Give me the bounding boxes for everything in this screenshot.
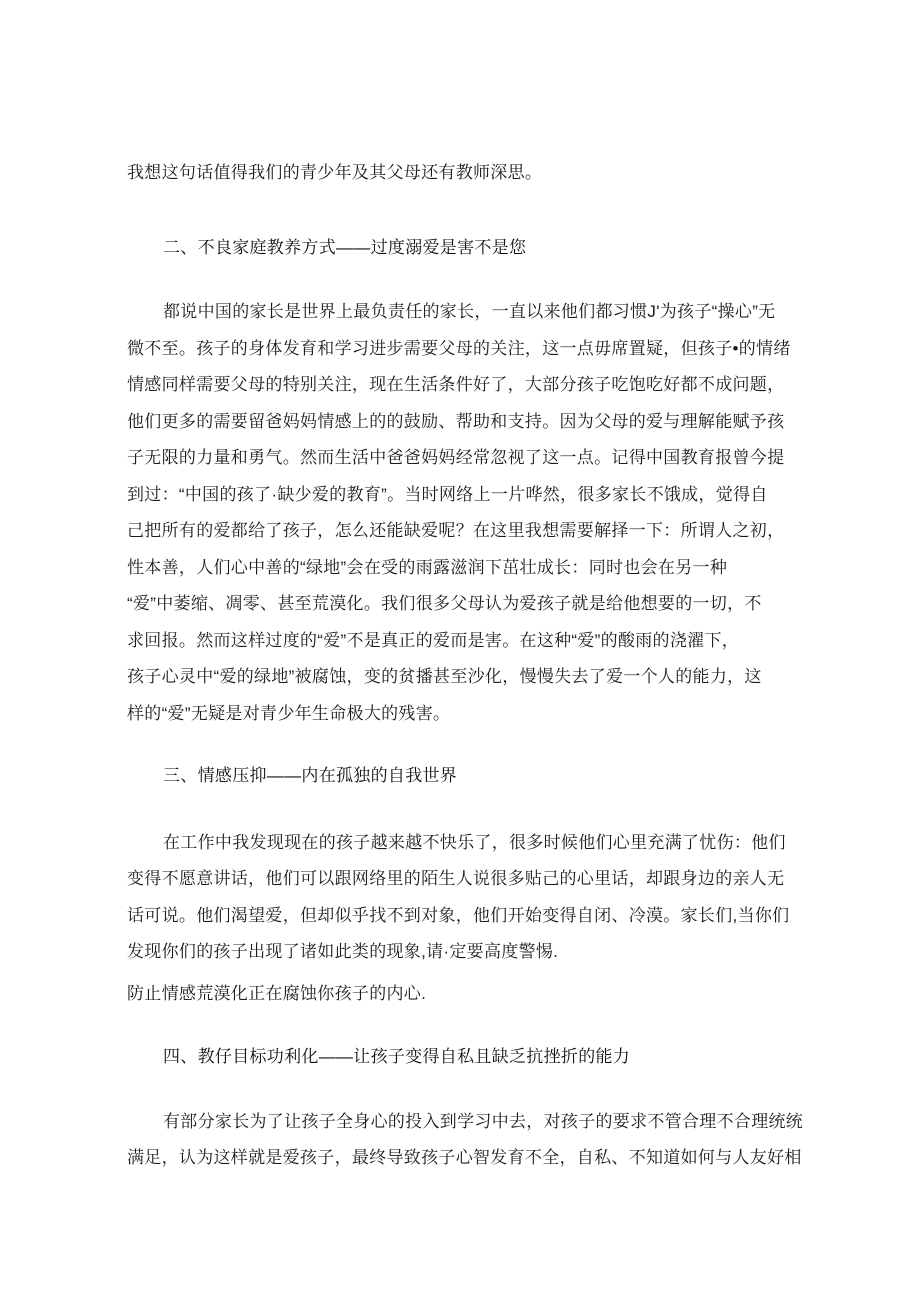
text-line: 在工作中我发现现在的孩子越来越不快乐了，很多时候他们心里充满了忧伤：他们: [127, 825, 807, 862]
text-line: 样的“爱”无疑是对青少年生命极大的残害。: [127, 696, 807, 733]
text-line: 己把所有的爱都给了孩子，怎么还能缺爱呢？在这里我想需要解择一下：所谓人之初，: [127, 513, 807, 550]
text-line: 孩子心灵中“爱的绿地”被腐蚀，变的贫播甚至沙化，慢慢失去了爱一个人的能力，这: [127, 659, 807, 696]
text-line: 情感同样需要父母的特别关注，现在生活条件好了，大部分孩子吃饱吃好都不成问题，: [127, 367, 807, 404]
paragraph-utilitarian-goals: 有部分家长为了让孩子全身心的投入到学习中去，对孩子的要求不管合理不合理统统 满足…: [127, 1104, 807, 1177]
paragraph-emotional-repression: 在工作中我发现现在的孩子越来越不快乐了，很多时候他们心里充满了忧伤：他们 变得不…: [127, 825, 807, 971]
text-line: 防止情感荒漠化正在腐蚀你孩子的内心.: [127, 976, 807, 1013]
paragraph-spoiling: 都说中国的家长是世界上最负责任的家长，一直以来他们都习惯J'为孩子“操心”无 微…: [127, 294, 807, 732]
text-line: 发现你们的孩子出现了诸如此类的现象,请·定要高度警惕.: [127, 934, 807, 971]
text-line: 我想这句话值得我们的青少年及其父母还有教师深思。: [127, 155, 807, 192]
text-line: 求回报。然而这样过度的“爱”不是真正的爱而是害。在这种“爱”的酸雨的浇濯下，: [127, 623, 807, 660]
document-page: 我想这句话值得我们的青少年及其父母还有教师深思。 二、不良家庭教养方式——过度溺…: [0, 0, 920, 1301]
text-line: 子无限的力量和勇气。然而生活中爸爸妈妈经常忽视了这一点。记得中国教育报曾今提: [127, 440, 807, 477]
section-heading-2: 二、不良家庭教养方式——过度溺爱是害不是您: [127, 230, 807, 267]
paragraph-warning: 防止情感荒漠化正在腐蚀你孩子的内心.: [127, 976, 807, 1013]
section-heading-4: 四、教仔目标功利化——让孩子变得自私且缺乏抗挫折的能力: [127, 1039, 807, 1076]
text-line: 有部分家长为了让孩子全身心的投入到学习中去，对孩子的要求不管合理不合理统统: [127, 1104, 807, 1141]
text-line: 到过：“中国的孩了·缺少爱的教育”。当时网络上一片哗然，很多家长不饿成，觉得自: [127, 477, 807, 514]
text-line: 话可说。他们渴望爱，但却似乎找不到对象，他们开始变得自闭、冷漠。家长们,当你们: [127, 898, 807, 935]
text-line: “爱”中萎缩、凋零、甚至荒漠化。我们很多父母认为爱孩子就是给他想要的一切，不: [127, 586, 807, 623]
document-body: 我想这句话值得我们的青少年及其父母还有教师深思。 二、不良家庭教养方式——过度溺…: [127, 155, 807, 1177]
section-heading-3: 三、情感压抑——内在孤独的自我世界: [127, 758, 807, 795]
text-line: 性本善，人们心中善的“绿地”会在受的雨露滋润下茁壮成长：同时也会在另一种: [127, 550, 807, 587]
text-line: 他们更多的需要留爸妈妈情感上的的鼓励、帮助和支持。因为父母的爱与理解能赋予孩: [127, 404, 807, 441]
text-line: 变得不愿意讲话，他们可以跟网络里的陌生人说很多贴己的心里话，却跟身边的亲人无: [127, 861, 807, 898]
paragraph-intro: 我想这句话值得我们的青少年及其父母还有教师深思。: [127, 155, 807, 192]
text-line: 微不至。孩子的身体发育和学习进步需要父母的关注，这一点毋席置疑，但孩子•的情绪: [127, 331, 807, 368]
text-line: 都说中国的家长是世界上最负责任的家长，一直以来他们都习惯J'为孩子“操心”无: [127, 294, 807, 331]
text-line: 满足，认为这样就是爱孩子，最终导致孩子心智发育不全，自私、不知道如何与人友好相: [127, 1140, 807, 1177]
